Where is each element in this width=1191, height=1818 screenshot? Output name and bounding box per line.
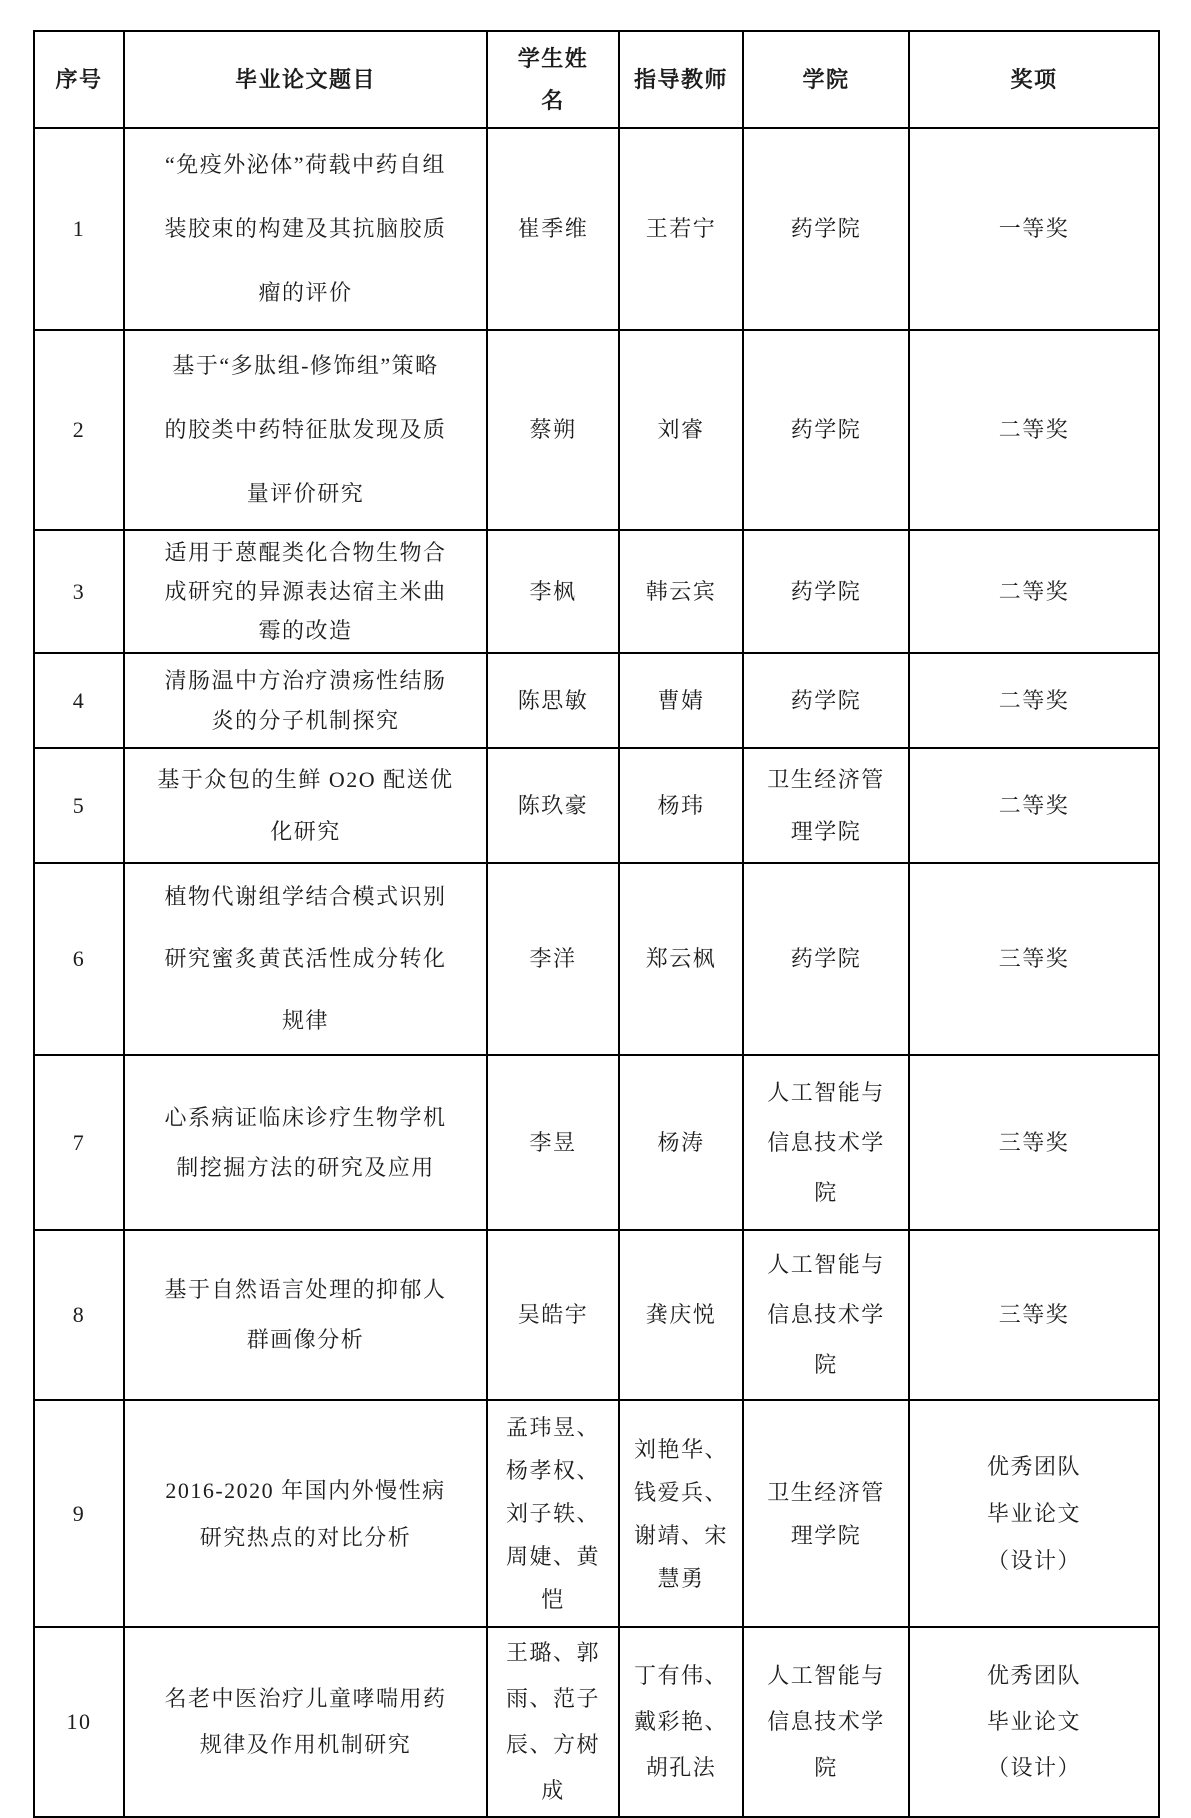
- cell-index: 6: [34, 863, 124, 1055]
- cell-teacher: 郑云枫: [619, 863, 743, 1055]
- cell-award: 一等奖: [909, 128, 1159, 330]
- cell-college: 药学院: [743, 863, 909, 1055]
- col-header-award: 奖项: [909, 31, 1159, 128]
- cell-award: 二等奖: [909, 653, 1159, 748]
- cell-college: 人工智能与 信息技术学 院: [743, 1055, 909, 1230]
- table-row: 9 2016-2020 年国内外慢性病 研究热点的对比分析 孟玮昱、 杨孝权、 …: [34, 1400, 1159, 1627]
- cell-title: 心系病证临床诊疗生物学机 制挖掘方法的研究及应用: [124, 1055, 487, 1230]
- table-row: 2 基于“多肽组-修饰组”策略 的胶类中药特征肽发现及质 量评价研究 蔡朔 刘睿…: [34, 330, 1159, 530]
- cell-index: 2: [34, 330, 124, 530]
- cell-college: 人工智能与 信息技术学 院: [743, 1627, 909, 1817]
- col-header-title: 毕业论文题目: [124, 31, 487, 128]
- cell-title: 2016-2020 年国内外慢性病 研究热点的对比分析: [124, 1400, 487, 1627]
- cell-student: 蔡朔: [487, 330, 619, 530]
- table-row: 4 清肠温中方治疗溃疡性结肠 炎的分子机制探究 陈思敏 曹婧 药学院 二等奖: [34, 653, 1159, 748]
- cell-college: 卫生经济管 理学院: [743, 1400, 909, 1627]
- cell-college: 药学院: [743, 653, 909, 748]
- cell-award: 二等奖: [909, 330, 1159, 530]
- cell-title: “免疫外泌体”荷载中药自组 装胶束的构建及其抗脑胶质 瘤的评价: [124, 128, 487, 330]
- cell-teacher: 王若宁: [619, 128, 743, 330]
- cell-index: 10: [34, 1627, 124, 1817]
- table-row: 8 基于自然语言处理的抑郁人 群画像分析 吴皓宇 龚庆悦 人工智能与 信息技术学…: [34, 1230, 1159, 1400]
- table-row: 6 植物代谢组学结合模式识别 研究蜜炙黄芪活性成分转化 规律 李洋 郑云枫 药学…: [34, 863, 1159, 1055]
- cell-student: 崔季维: [487, 128, 619, 330]
- cell-index: 8: [34, 1230, 124, 1400]
- cell-teacher: 刘艳华、 钱爱兵、 谢靖、宋 慧勇: [619, 1400, 743, 1627]
- cell-title: 名老中医治疗儿童哮喘用药 规律及作用机制研究: [124, 1627, 487, 1817]
- cell-title: 植物代谢组学结合模式识别 研究蜜炙黄芪活性成分转化 规律: [124, 863, 487, 1055]
- cell-student: 吴皓宇: [487, 1230, 619, 1400]
- cell-teacher: 刘睿: [619, 330, 743, 530]
- table-row: 10 名老中医治疗儿童哮喘用药 规律及作用机制研究 王璐、郭 雨、范子 辰、方树…: [34, 1627, 1159, 1817]
- cell-index: 9: [34, 1400, 124, 1627]
- cell-student: 陈玖豪: [487, 748, 619, 863]
- cell-student: 李洋: [487, 863, 619, 1055]
- col-header-index: 序号: [34, 31, 124, 128]
- cell-award: 三等奖: [909, 1230, 1159, 1400]
- cell-award: 二等奖: [909, 748, 1159, 863]
- cell-award: 优秀团队 毕业论文 （设计）: [909, 1627, 1159, 1817]
- cell-index: 5: [34, 748, 124, 863]
- cell-index: 3: [34, 530, 124, 653]
- cell-index: 1: [34, 128, 124, 330]
- cell-teacher: 曹婧: [619, 653, 743, 748]
- cell-teacher: 杨玮: [619, 748, 743, 863]
- cell-award: 三等奖: [909, 1055, 1159, 1230]
- cell-student: 李枫: [487, 530, 619, 653]
- cell-title: 基于“多肽组-修饰组”策略 的胶类中药特征肽发现及质 量评价研究: [124, 330, 487, 530]
- cell-college: 药学院: [743, 530, 909, 653]
- cell-college: 药学院: [743, 330, 909, 530]
- col-header-student: 学生姓 名: [487, 31, 619, 128]
- col-header-teacher: 指导教师: [619, 31, 743, 128]
- table-row: 5 基于众包的生鲜 O2O 配送优 化研究 陈玖豪 杨玮 卫生经济管 理学院 二…: [34, 748, 1159, 863]
- cell-teacher: 杨涛: [619, 1055, 743, 1230]
- table-row: 7 心系病证临床诊疗生物学机 制挖掘方法的研究及应用 李昱 杨涛 人工智能与 信…: [34, 1055, 1159, 1230]
- cell-student: 孟玮昱、 杨孝权、 刘子轶、 周婕、黄 恺: [487, 1400, 619, 1627]
- document-page: 序号 毕业论文题目 学生姓 名 指导教师 学院 奖项 1 “免疫外泌体”荷载中药…: [0, 0, 1191, 1818]
- cell-college: 卫生经济管 理学院: [743, 748, 909, 863]
- cell-student: 李昱: [487, 1055, 619, 1230]
- cell-teacher: 丁有伟、 戴彩艳、 胡孔法: [619, 1627, 743, 1817]
- cell-college: 人工智能与 信息技术学 院: [743, 1230, 909, 1400]
- cell-award: 二等奖: [909, 530, 1159, 653]
- cell-student: 陈思敏: [487, 653, 619, 748]
- awards-table: 序号 毕业论文题目 学生姓 名 指导教师 学院 奖项 1 “免疫外泌体”荷载中药…: [33, 30, 1160, 1818]
- cell-award: 三等奖: [909, 863, 1159, 1055]
- table-row: 3 适用于蒽醌类化合物生物合 成研究的异源表达宿主米曲 霉的改造 李枫 韩云宾 …: [34, 530, 1159, 653]
- cell-award: 优秀团队 毕业论文 （设计）: [909, 1400, 1159, 1627]
- cell-title: 基于自然语言处理的抑郁人 群画像分析: [124, 1230, 487, 1400]
- cell-teacher: 龚庆悦: [619, 1230, 743, 1400]
- cell-index: 7: [34, 1055, 124, 1230]
- cell-college: 药学院: [743, 128, 909, 330]
- cell-index: 4: [34, 653, 124, 748]
- cell-title: 清肠温中方治疗溃疡性结肠 炎的分子机制探究: [124, 653, 487, 748]
- table-header-row: 序号 毕业论文题目 学生姓 名 指导教师 学院 奖项: [34, 31, 1159, 128]
- cell-title: 适用于蒽醌类化合物生物合 成研究的异源表达宿主米曲 霉的改造: [124, 530, 487, 653]
- table-row: 1 “免疫外泌体”荷载中药自组 装胶束的构建及其抗脑胶质 瘤的评价 崔季维 王若…: [34, 128, 1159, 330]
- cell-student: 王璐、郭 雨、范子 辰、方树 成: [487, 1627, 619, 1817]
- col-header-college: 学院: [743, 31, 909, 128]
- cell-teacher: 韩云宾: [619, 530, 743, 653]
- cell-title: 基于众包的生鲜 O2O 配送优 化研究: [124, 748, 487, 863]
